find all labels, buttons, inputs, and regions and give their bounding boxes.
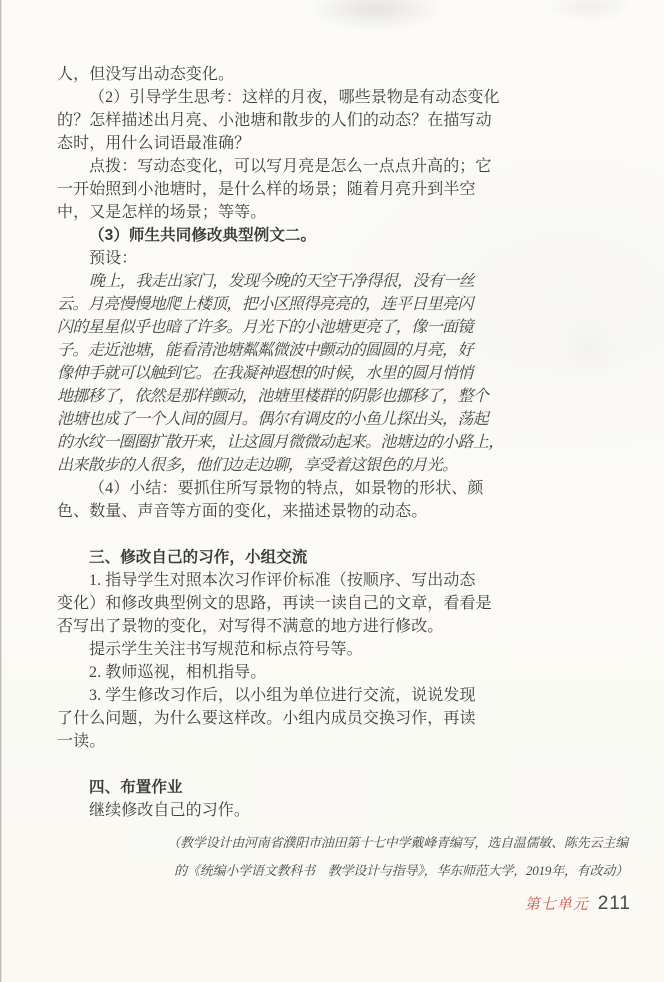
page-number: 211 [598, 893, 631, 915]
text-line: 否写出了景物的变化，对写得不满意的地方进行修改。 [57, 615, 469, 638]
text-line: （4）小结：要抓住所写景物的特点，如景物的形状、颜 [57, 477, 469, 500]
text-line: 继续修改自己的习作。 [57, 799, 469, 822]
scan-smudge [545, 0, 635, 22]
page-edge-shadow [0, 0, 2, 982]
text-line: 出来散步的人很多，他们边走边聊，享受着这银色的月光。 [57, 454, 469, 477]
text-line: 点拨：写动态变化，可以写月亮是怎么一点点升高的；它 [57, 155, 469, 178]
text-line: 态时，用什么词语最准确？ [57, 132, 469, 155]
text-line: 闪的星星似乎也暗了许多。月光下的小池塘更亮了，像一面镜 [57, 316, 469, 339]
text-line: 地挪移了，依然是那样颤动，池塘里楼群的阴影也挪移了，整个 [57, 385, 469, 408]
text-line: 晚上，我走出家门，发现今晚的天空干净得很，没有一丝 [57, 270, 469, 293]
text-line: 预设： [57, 247, 469, 270]
text-line: 人，但没写出动态变化。 [57, 63, 469, 86]
scan-smudge [560, 320, 620, 380]
text-line: 的水纹一圈圈扩散开来，让这圆月微微动起来。池塘边的小路上， [57, 431, 469, 454]
source-credit: （教学设计由河南省濮阳市油田第十七中学戴峰青编写，选自温儒敏、陈先云主编的《统编… [167, 829, 628, 885]
text-line: 一开始照到小池塘时，是什么样的场景；随着月亮升到半空 [57, 178, 469, 201]
text-column: 人，但没写出动态变化。（2）引导学生思考：这样的月夜，哪些景物是有动态变化的？怎… [57, 63, 469, 822]
text-line: 子。走近池塘，能看清池塘粼粼微波中颤动的圆圆的月亮，好 [57, 339, 469, 362]
text-line: 变化）和修改典型例文的思路，再读一读自己的文章，看看是 [57, 592, 469, 615]
text-line: （教学设计由河南省濮阳市油田第十七中学戴峰青编写，选自温儒敏、陈先云主编 [167, 829, 628, 857]
text-line: 2. 教师巡视，相机指导。 [57, 661, 469, 684]
text-line: 像伸手就可以触到它。在我凝神遐想的时候，水里的圆月悄悄 [57, 362, 469, 385]
text-line: 四、布置作业 [57, 776, 469, 799]
page-footer: 第七单元 211 [525, 893, 631, 915]
text-line: 1. 指导学生对照本次习作评价标准（按顺序、写出动态 [57, 569, 469, 592]
text-line: 了什么问题，为什么要这样改。小组内成员交换习作，再读 [57, 707, 469, 730]
text-line: 的《统编小学语文教科书 教学设计与指导》，华东师范大学，2019年，有改动） [167, 857, 628, 885]
text-line: （2）引导学生思考：这样的月夜，哪些景物是有动态变化 [57, 86, 469, 109]
text-line: （3）师生共同修改典型例文二。 [57, 224, 469, 247]
text-line: 的？怎样描述出月亮、小池塘和散步的人们的动态？在描写动 [57, 109, 469, 132]
text-line: 色、数量、声音等方面的变化，来描述景物的动态。 [57, 500, 469, 523]
scan-smudge [306, 0, 446, 32]
text-line: 池塘也成了一个人间的圆月。偶尔有调皮的小鱼儿探出头，荡起 [57, 408, 469, 431]
text-line: 3. 学生修改习作后，以小组为单位进行交流，说说发现 [57, 684, 469, 707]
text-line: 中，又是怎样的场景；等等。 [57, 201, 469, 224]
text-line: 提示学生关注书写规范和标点符号等。 [57, 638, 469, 661]
book-page: 人，但没写出动态变化。（2）引导学生思考：这样的月夜，哪些景物是有动态变化的？怎… [0, 0, 664, 982]
text-line: 一读。 [57, 730, 469, 753]
text-line: 三、修改自己的习作，小组交流 [57, 546, 469, 569]
unit-label: 第七单元 [525, 893, 589, 914]
text-line: 云。月亮慢慢地爬上楼顶，把小区照得亮亮的，连平日里亮闪 [57, 293, 469, 316]
